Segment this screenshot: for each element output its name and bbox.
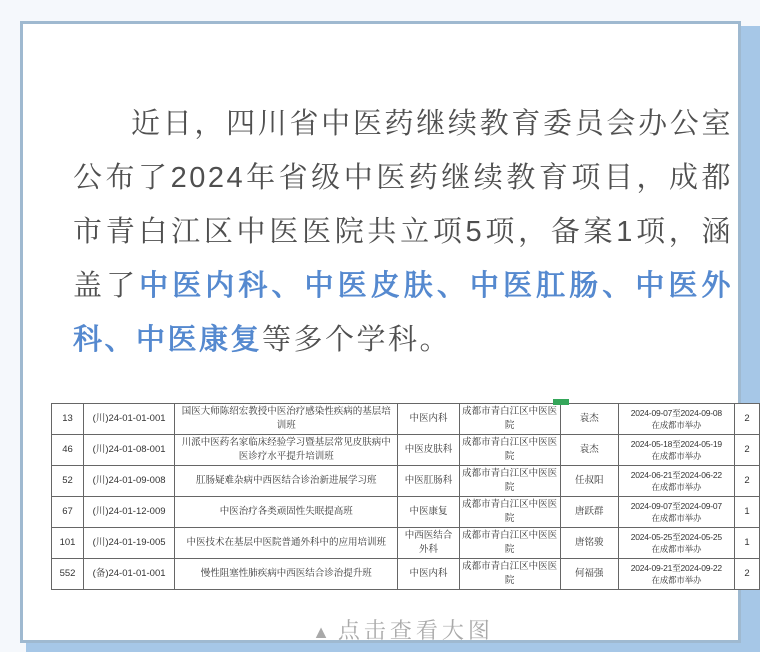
article-paragraph: 近日，四川省中医药继续教育委员会办公室公布了2024年省级中医药继续教育项目，成… [73,97,733,367]
seq-cell: 46 [52,435,84,466]
code-cell: (川)24-01-09-008 [84,466,175,497]
leader-cell: 唐铭骏 [560,528,618,559]
subject-cell: 中医皮肤科 [398,435,459,466]
credit-cell: 1 [734,528,759,559]
subject-cell: 中医内科 [398,404,459,435]
date-range: 2024-09-21至2024-09-22 [621,562,732,574]
date-range: 2024-06-21至2024-06-22 [621,469,732,481]
credit-cell: 2 [734,559,759,590]
code-cell: (川)24-01-12-009 [84,497,175,528]
code-cell: (川)24-01-19-005 [84,528,175,559]
subject-cell: 中医康复 [398,497,459,528]
table-row: 52 (川)24-01-09-008 肛肠疑难杂病中西医结合诊治新进展学习班 中… [52,466,760,497]
date-cell: 2024-09-07至2024-09-07 在成都市举办 [618,497,734,528]
title-cell: 川派中医药名家临床经验学习暨基层常见皮肤病中医诊疗水平提升培训班 [175,435,398,466]
date-range: 2024-05-25至2024-05-25 [621,531,732,543]
date-cell: 2024-09-21至2024-09-22 在成都市举办 [618,559,734,590]
leader-cell: 何福强 [560,559,618,590]
seq-cell: 13 [52,404,84,435]
caption-label: 点击查看大图 [338,618,494,643]
seq-cell: 552 [52,559,84,590]
title-cell: 国医大师陈绍宏教授中医治疗感染性疾病的基层培训班 [175,404,398,435]
article-text-after: 等多个学科。 [262,324,451,356]
venue: 在成都市举办 [621,574,732,586]
table-row: 13 (川)24-01-01-001 国医大师陈绍宏教授中医治疗感染性疾病的基层… [52,404,760,435]
date-cell: 2024-06-21至2024-06-22 在成都市举办 [618,466,734,497]
date-range: 2024-05-18至2024-05-19 [621,438,732,450]
subject-cell: 中医肛肠科 [398,466,459,497]
date-range: 2024-09-07至2024-09-07 [621,500,732,512]
org-cell: 成都市青白江区中医医院 [459,528,560,559]
venue: 在成都市举办 [621,512,732,524]
seq-cell: 101 [52,528,84,559]
org-cell: 成都市青白江区中医医院 [459,404,560,435]
leader-cell: 任叔阳 [560,466,618,497]
date-cell: 2024-05-25至2024-05-25 在成都市举办 [618,528,734,559]
seq-cell: 52 [52,466,84,497]
credit-cell: 2 [734,404,759,435]
table-row: 552 (备)24-01-01-001 慢性阻塞性肺疾病中西医结合诊治提升班 中… [52,559,760,590]
article-card: 近日，四川省中医药继续教育委员会办公室公布了2024年省级中医药继续教育项目，成… [20,21,741,643]
leader-cell: 唐跃群 [560,497,618,528]
venue: 在成都市举办 [621,419,732,431]
org-cell: 成都市青白江区中医医院 [459,435,560,466]
credit-cell: 2 [734,435,759,466]
title-cell: 中医技术在基层中医院普通外科中的应用培训班 [175,528,398,559]
date-cell: 2024-05-18至2024-05-19 在成都市举办 [618,435,734,466]
seq-cell: 67 [52,497,84,528]
credit-cell: 1 [734,497,759,528]
org-cell: 成都市青白江区中医医院 [459,466,560,497]
title-cell: 慢性阻塞性肺疾病中西医结合诊治提升班 [175,559,398,590]
view-large-image-caption[interactable]: ▲点击查看大图 [23,614,760,645]
projects-table: 13 (川)24-01-01-001 国医大师陈绍宏教授中医治疗感染性疾病的基层… [51,403,760,590]
subject-cell: 中医内科 [398,559,459,590]
subject-cell: 中西医结合外科 [398,528,459,559]
org-cell: 成都市青白江区中医医院 [459,559,560,590]
table-row: 101 (川)24-01-19-005 中医技术在基层中医院普通外科中的应用培训… [52,528,760,559]
triangle-up-icon: ▲ [312,622,330,642]
title-cell: 肛肠疑难杂病中西医结合诊治新进展学习班 [175,466,398,497]
green-marker [553,399,569,405]
org-cell: 成都市青白江区中医医院 [459,497,560,528]
title-cell: 中医治疗各类顽固性失眠提高班 [175,497,398,528]
date-cell: 2024-09-07至2024-09-08 在成都市举办 [618,404,734,435]
table-row: 67 (川)24-01-12-009 中医治疗各类顽固性失眠提高班 中医康复 成… [52,497,760,528]
venue: 在成都市举办 [621,481,732,493]
code-cell: (川)24-01-01-001 [84,404,175,435]
projects-table-image[interactable]: 13 (川)24-01-01-001 国医大师陈绍宏教授中医治疗感染性疾病的基层… [51,403,760,590]
code-cell: (备)24-01-01-001 [84,559,175,590]
venue: 在成都市举办 [621,543,732,555]
table-row: 46 (川)24-01-08-001 川派中医药名家临床经验学习暨基层常见皮肤病… [52,435,760,466]
leader-cell: 袁杰 [560,435,618,466]
venue: 在成都市举办 [621,450,732,462]
code-cell: (川)24-01-08-001 [84,435,175,466]
credit-cell: 2 [734,466,759,497]
leader-cell: 袁杰 [560,404,618,435]
date-range: 2024-09-07至2024-09-08 [621,407,732,419]
